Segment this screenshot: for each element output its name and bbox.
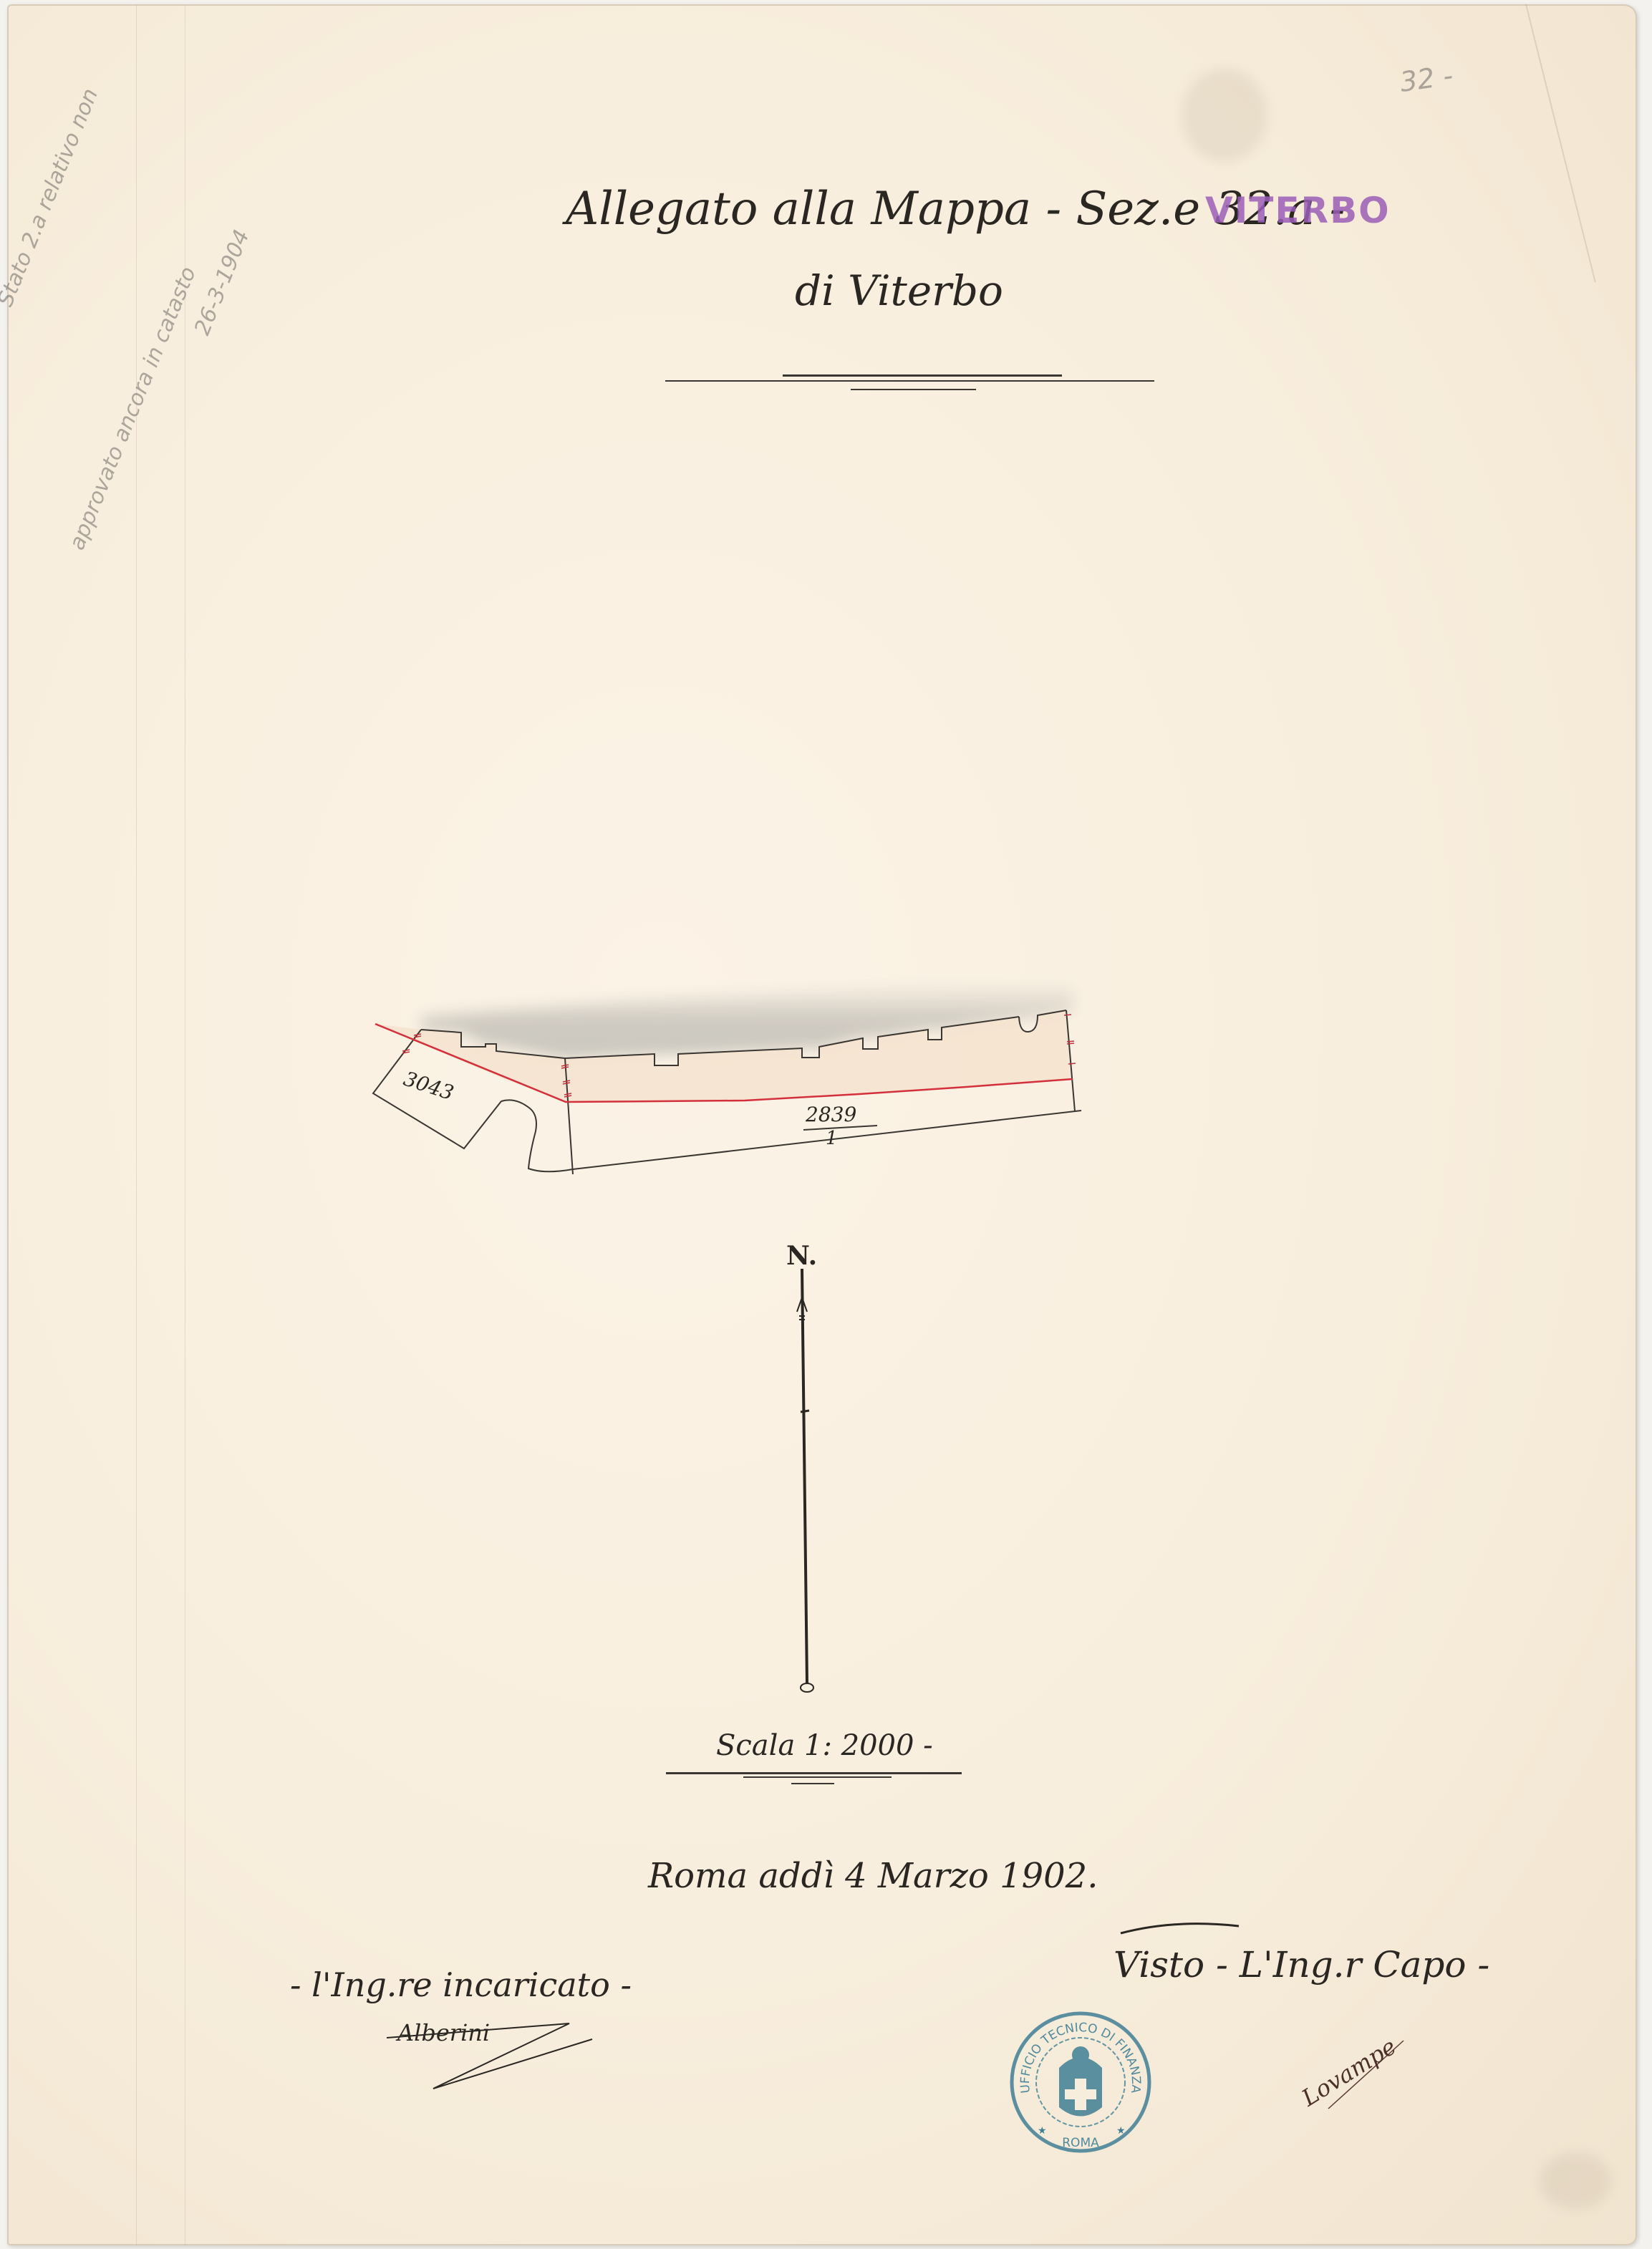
- stamp-bottom-text: ROMA: [1062, 2136, 1099, 2150]
- coat-of-arms-icon: [1059, 2046, 1102, 2117]
- scale-rules: [666, 1772, 962, 1784]
- engineer-in-charge-title: - l'Ing.re incaricato -: [290, 1965, 632, 2004]
- archway-outline: [501, 1100, 573, 1171]
- scale-label: Scala 1: 2000 -: [716, 1729, 933, 1762]
- parcel-2839-numerator: 2839: [806, 1103, 856, 1126]
- office-stamp: UFFICIO TECNICO DI FINANZA ROMA ★ ★: [1009, 2011, 1152, 2154]
- place-date: Roma addì 4 Marzo 1902.: [648, 1856, 1098, 1896]
- engineer-in-charge-signature: Alberini: [397, 2019, 490, 2046]
- svg-text:★: ★: [1116, 2125, 1126, 2137]
- chief-engineer-title: Visto - L'Ing.r Capo -: [1114, 1944, 1489, 1986]
- parcel-2839-denominator: 1: [826, 1128, 838, 1149]
- north-arrow: [797, 1269, 813, 1692]
- svg-text:★: ★: [1038, 2125, 1047, 2137]
- visto-flourish: [1121, 1924, 1239, 1933]
- north-label: N.: [786, 1241, 817, 1271]
